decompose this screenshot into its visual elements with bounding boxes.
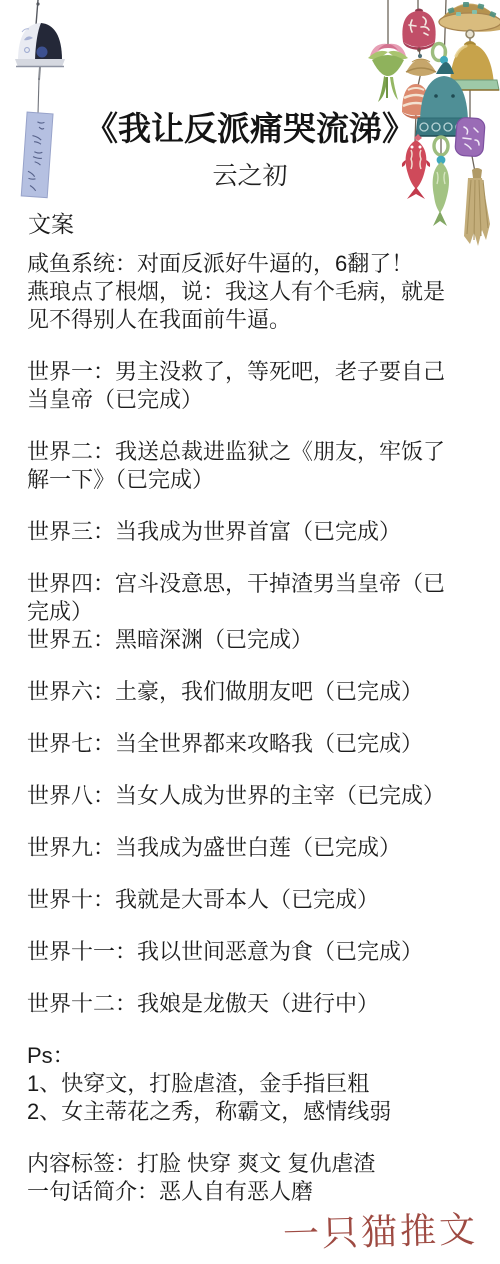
novel-promo-card: 《我让反派痛哭流涕》 云之初 文案 咸鱼系统：对面反派好牛逼的，6翻了！ 燕琅点… — [0, 0, 500, 1264]
book-author: 云之初 — [0, 156, 500, 192]
book-title: 《我让反派痛哭流涕》 — [0, 106, 500, 152]
ceramic-bell-icon — [15, 23, 65, 67]
paragraph: 世界四：宫斗没意思，干掉渣男当皇帝（已 完成） 世界五：黑暗深渊（已完成） — [27, 570, 489, 654]
paragraph: Ps： 1、快穿文，打脸虐渣，金手指巨粗 2、女主蒂花之秀，称霸文，感情线弱 — [27, 1042, 489, 1126]
paragraph: 内容标签：打脸 快穿 爽文 复仇虐渣 一句话简介：恶人自有恶人磨 — [27, 1150, 489, 1206]
paragraph: 咸鱼系统：对面反派好牛逼的，6翻了！ 燕琅点了根烟，说：我这人有个毛病，就是 见… — [27, 250, 489, 334]
paragraph: 世界二：我送总裁进监狱之《朋友，牢饭了 解一下》（已完成） — [27, 438, 489, 494]
paragraph: 世界一：男主没救了，等死吧，老子要自己 当皇帝（已完成） — [27, 358, 489, 414]
paragraph: 世界十：我就是大哥本人（已完成） — [27, 886, 489, 914]
section-label: 文案 — [28, 206, 74, 239]
paragraph: 世界六：土豪，我们做朋友吧（已完成） — [27, 678, 489, 706]
paragraph: 世界三：当我成为世界首富（已完成） — [27, 518, 489, 546]
crimson-bell-icon — [402, 9, 435, 59]
paragraph: 世界十二：我娘是龙傲天（进行中） — [27, 990, 489, 1018]
string-knot — [36, 2, 39, 5]
paragraph: 世界七：当全世界都来攻略我（已完成） — [27, 730, 489, 758]
header: 《我让反派痛哭流涕》 云之初 — [0, 106, 500, 192]
paragraph: 世界九：当我成为盛世白莲（已完成） — [27, 834, 489, 862]
tan-cone-bell-icon — [406, 59, 436, 76]
blurb-text: 咸鱼系统：对面反派好牛逼的，6翻了！ 燕琅点了根烟，说：我这人有个毛病，就是 见… — [27, 250, 489, 1206]
paragraph: 世界十一：我以世间恶意为食（已完成） — [27, 938, 489, 966]
signature-watermark: 一只猫推文 — [282, 1201, 493, 1257]
paragraph: 世界八：当女人成为世界的主宰（已完成） — [27, 782, 489, 810]
straw-hat-bell-icon — [438, 2, 500, 32]
lotus-chime-icon — [368, 44, 408, 102]
